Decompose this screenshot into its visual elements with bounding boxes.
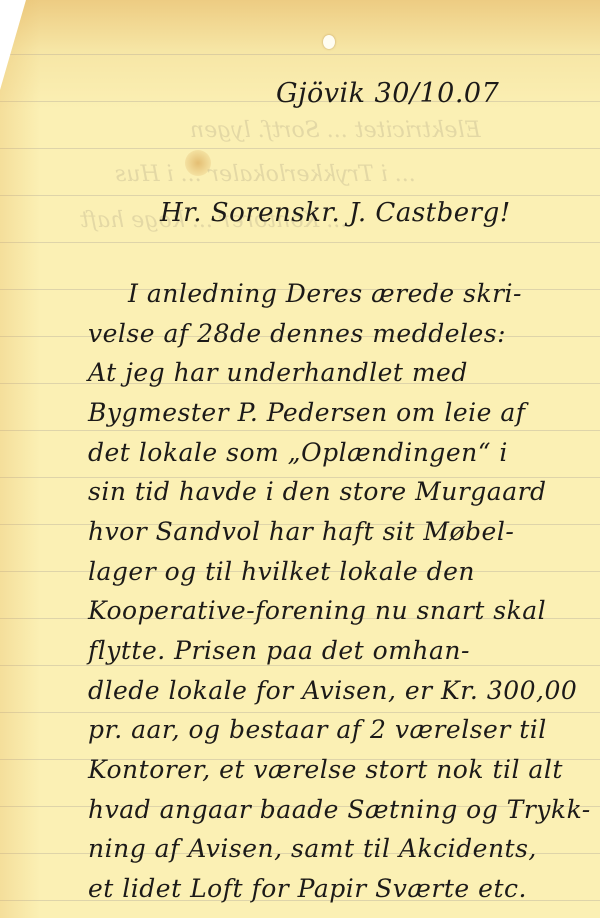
- body-line: Bygmester P. Pedersen om leie af: [88, 398, 526, 427]
- bleed-through-text: ... Kontorer ... koge haft: [80, 208, 347, 233]
- body-line: flytte. Prisen paa det omhan-: [88, 636, 470, 665]
- place-date: Gjövik 30/10.07: [276, 78, 499, 109]
- paper-stain: [185, 150, 211, 176]
- punch-hole: [323, 35, 335, 49]
- bleed-through-text: Elektricitet ... Sortf. lygen: [190, 118, 481, 143]
- body-line: velse af 28de dennes meddeles:: [88, 319, 506, 348]
- body-line: hvor Sandvol har haft sit Møbel-: [88, 517, 514, 546]
- body-line: At jeg har underhandlet med: [88, 358, 468, 387]
- body-line: det lokale som „Oplændingen“ i: [88, 438, 508, 467]
- body-line: Kontorer, et værelse stort nok til alt: [88, 755, 563, 784]
- body-line: I anledning Deres ærede skri-: [128, 279, 522, 308]
- salutation: Hr. Sorenskr. J. Castberg!: [160, 198, 511, 228]
- body-line: pr. aar, og bestaar af 2 værelser til: [88, 715, 547, 744]
- bleed-through-text: ... i Trykkerlokaler ... i Hus: [115, 162, 416, 187]
- ruled-lines: [0, 0, 600, 918]
- body-line: hvad angaar baade Sætning og Trykk-: [88, 795, 591, 824]
- body-line: lager og til hvilket lokale den: [88, 557, 475, 586]
- letter-paper: Elektricitet ... Sortf. lygen ... i Tryk…: [0, 0, 600, 918]
- body-line: dlede lokale for Avisen, er Kr. 300,00: [88, 676, 577, 705]
- body-line: sin tid havde i den store Murgaard: [88, 477, 547, 506]
- body-line: ning af Avisen, samt til Akcidents,: [88, 834, 537, 863]
- body-line: Kooperative-forening nu snart skal: [88, 596, 546, 625]
- body-line: et lidet Loft for Papir Sværte etc.: [88, 874, 527, 903]
